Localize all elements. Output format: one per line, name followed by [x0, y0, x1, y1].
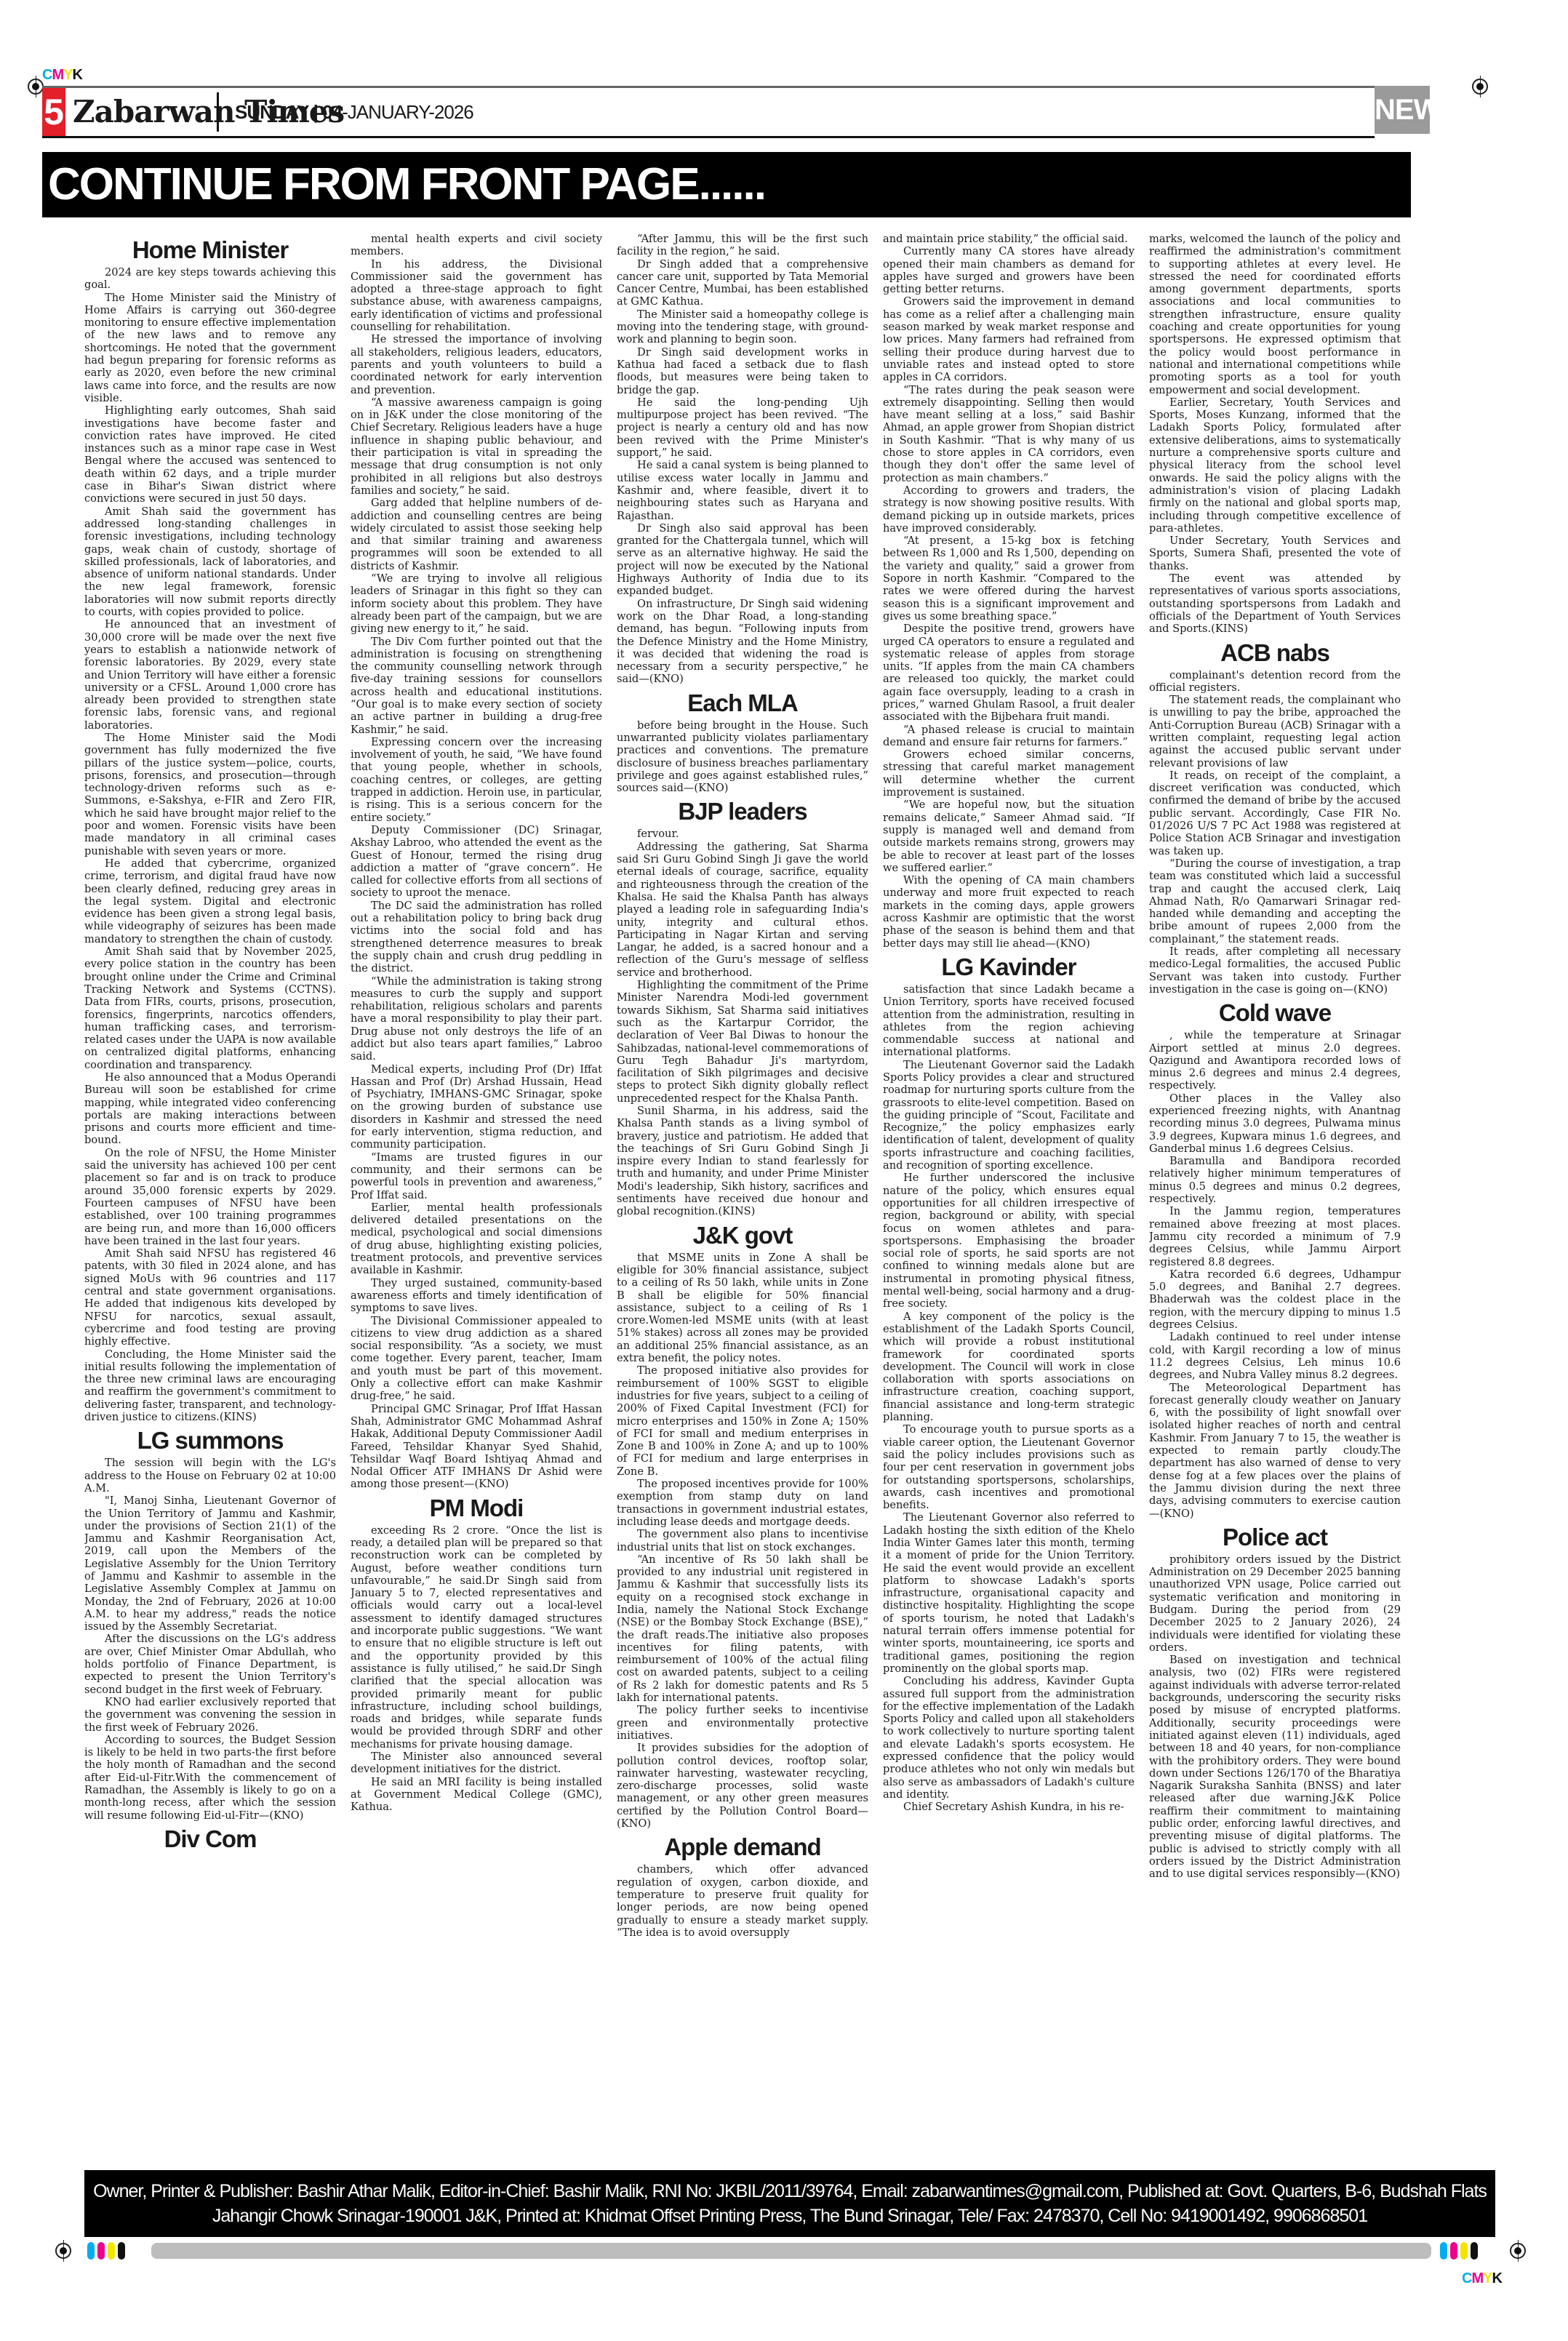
article-paragraph: Growers said the improvement in demand h… [883, 295, 1135, 383]
registration-mark-icon [28, 79, 44, 95]
article-paragraph: Earlier, Secretary, Youth Services and S… [1149, 396, 1401, 535]
imprint-line-2: Jahangir Chowk Srinagar-190001 J&K, Prin… [84, 2204, 1495, 2228]
article-paragraph: “During the course of investigation, a t… [1149, 857, 1401, 945]
article-paragraph: Growers echoed similar concerns, stressi… [883, 748, 1135, 799]
article-paragraph: He further underscored the inclusive nat… [883, 1172, 1135, 1310]
article-paragraph: According to sources, the Budget Session… [84, 1734, 336, 1822]
article-paragraph: Principal GMC Srinagar, Prof Iffat Hassa… [351, 1403, 602, 1491]
article-paragraph: Dr Singh said development works in Kathu… [617, 346, 868, 396]
article-paragraph: Baramulla and Bandipora recorded relativ… [1149, 1155, 1401, 1205]
masthead: 5 Zabarwan Times SUNDAY | 04-JANUARY-202… [42, 86, 1375, 138]
article-paragraph: fervour. [617, 828, 868, 840]
article-columns: Home Minister2024 are key steps towards … [84, 233, 1415, 2142]
article-paragraph: The policy further seeks to incentivise … [617, 1704, 868, 1742]
article-headline: Div Com [84, 1825, 336, 1854]
article-paragraph: Other places in the Valley also experien… [1149, 1092, 1401, 1155]
dateline: SUNDAY | 04-JANUARY-2026 [235, 101, 473, 124]
article-paragraph: “We are trying to involve all religious … [351, 572, 602, 635]
article-paragraph: Amit Shah said that by November 2025, ev… [84, 945, 336, 1071]
article-paragraph: The event was attended by representative… [1149, 572, 1401, 635]
article-paragraph: He also announced that a Modus Operandi … [84, 1071, 336, 1147]
article-paragraph: He stressed the importance of involving … [351, 333, 602, 396]
article-paragraph: It reads, after completing all necessary… [1149, 945, 1401, 996]
article-paragraph: “A phased release is crucial to maintain… [883, 724, 1135, 749]
article-paragraph: After the discussions on the LG's addres… [84, 1633, 336, 1695]
article-headline: Cold wave [1149, 999, 1401, 1028]
article-paragraph: In his address, the Divisional Commissio… [351, 258, 602, 334]
article-paragraph: The Minister also announced several deve… [351, 1750, 602, 1776]
article-paragraph: that MSME units in Zone A shall be eligi… [617, 1252, 868, 1365]
article-paragraph: The proposed initiative also provides fo… [617, 1364, 868, 1478]
article-headline: PM Modi [351, 1494, 602, 1523]
article-paragraph: The session will begin with the LG's add… [84, 1457, 336, 1494]
article-paragraph: He said a canal system is being planned … [617, 459, 868, 521]
article-headline: BJP leaders [617, 797, 868, 826]
cyan-swatch [1440, 2242, 1447, 2260]
banner-title: CONTINUE FROM FRONT PAGE...... [48, 156, 765, 213]
article-paragraph: The statement reads, the complainant who… [1149, 694, 1401, 769]
article-paragraph: Katra recorded 6.6 degrees, Udhampur 5.0… [1149, 1268, 1401, 1331]
article-paragraph: “At present, a 15-kg box is fetching bet… [883, 535, 1135, 623]
article-paragraph: He said an MRI facility is being install… [351, 1776, 602, 1814]
article-paragraph: The Minister said a homeopathy college i… [617, 308, 868, 346]
article-paragraph: and maintain price stability,” the offic… [883, 233, 1135, 245]
article-paragraph: Deputy Commissioner (DC) Srinagar, Aksha… [351, 824, 602, 900]
article-paragraph: Chief Secretary Ashish Kundra, in his re… [883, 1801, 1135, 1813]
article-paragraph: “An incentive of Rs 50 lakh shall be pro… [617, 1553, 868, 1705]
article-paragraph: “While the administration is taking stro… [351, 975, 602, 1063]
article-headline: ACB nabs [1149, 639, 1401, 668]
registration-mark-icon [55, 2243, 71, 2259]
article-paragraph: mental health experts and civil society … [351, 233, 602, 258]
column-2: mental health experts and civil society … [351, 233, 602, 2142]
article-paragraph: Ladakh continued to reel under intense c… [1149, 1331, 1401, 1381]
section-tag: NEWS [1375, 86, 1430, 134]
article-paragraph: satisfaction that since Ladakh became a … [883, 983, 1135, 1059]
article-paragraph: Highlighting the commitment of the Prime… [617, 979, 868, 1105]
imprint-footer: Owner, Printer & Publisher: Bashir Athar… [84, 2170, 1495, 2237]
article-paragraph: Sunil Sharma, in his address, said the K… [617, 1105, 868, 1218]
imprint-line-1: Owner, Printer & Publisher: Bashir Athar… [84, 2179, 1495, 2204]
article-paragraph: Garg added that helpline numbers of de-a… [351, 497, 602, 572]
article-paragraph: With the opening of CA main chambers und… [883, 874, 1135, 950]
article-paragraph: He announced that an investment of 30,00… [84, 618, 336, 732]
article-paragraph: The DC said the administration has rolle… [351, 900, 602, 975]
article-paragraph: 2024 are key steps towards achieving thi… [84, 266, 336, 292]
article-paragraph: , while the temperature at Srinagar Airp… [1149, 1029, 1401, 1092]
article-paragraph: He said the long-pending Ujh multipurpos… [617, 396, 868, 459]
registration-mark-icon [1510, 2243, 1526, 2259]
article-paragraph: Based on investigation and technical ana… [1149, 1654, 1401, 1880]
article-paragraph: Under Secretary, Youth Services and Spor… [1149, 535, 1401, 572]
article-paragraph: exceeding Rs 2 crore. “Once the list is … [351, 1524, 602, 1750]
article-paragraph: "I, Manoj Sinha, Lieutenant Governor of … [84, 1494, 336, 1633]
article-paragraph: The Home Minister said the Modi governme… [84, 732, 336, 857]
article-paragraph: Amit Shah said NFSU has registered 46 pa… [84, 1247, 336, 1348]
page-number: 5 [42, 88, 65, 136]
article-paragraph: In the Jammu region, temperatures remain… [1149, 1205, 1401, 1268]
black-swatch [1471, 2242, 1478, 2260]
article-paragraph: Despite the positive trend, growers have… [883, 623, 1135, 723]
page-banner: CONTINUE FROM FRONT PAGE...... [42, 152, 1411, 217]
registration-mark-icon [1472, 79, 1488, 95]
cmyk-label-bottom: CMYK [1462, 2270, 1502, 2287]
article-paragraph: “Imams are trusted figures in our commun… [351, 1151, 602, 1201]
article-paragraph: Addressing the gathering, Sat Sharma sai… [617, 841, 868, 979]
article-paragraph: “After Jammu, this will be the first suc… [617, 233, 868, 258]
article-paragraph: The Home Minister said the Ministry of H… [84, 292, 336, 405]
article-paragraph: “A massive awareness campaign is going o… [351, 396, 602, 497]
article-paragraph: Concluding, the Home Minister said the i… [84, 1348, 336, 1424]
article-paragraph: marks, welcomed the launch of the policy… [1149, 233, 1401, 396]
gray-color-bar [151, 2243, 1431, 2259]
cyan-swatch [87, 2242, 95, 2260]
article-paragraph: To encourage youth to pursue sports as a… [883, 1423, 1135, 1511]
article-headline: LG summons [84, 1426, 336, 1455]
article-paragraph: It provides subsidies for the adoption o… [617, 1742, 868, 1830]
article-paragraph: complainant's detention record from the … [1149, 669, 1401, 695]
article-paragraph: He added that cybercrime, organized crim… [84, 857, 336, 945]
article-paragraph: It reads, on receipt of the complaint, a… [1149, 769, 1401, 857]
yellow-swatch [1460, 2242, 1468, 2260]
article-headline: Apple demand [617, 1833, 868, 1862]
article-paragraph: “We are hopeful now, but the situation r… [883, 799, 1135, 874]
article-paragraph: Currently many CA stores have already op… [883, 245, 1135, 295]
article-paragraph: before being brought in the House. Such … [617, 719, 868, 795]
article-paragraph: Earlier, mental health professionals del… [351, 1201, 602, 1277]
masthead-divider [217, 92, 219, 132]
article-paragraph: KNO had earlier exclusively reported tha… [84, 1696, 336, 1734]
yellow-swatch [108, 2242, 115, 2260]
article-paragraph: The Meteorological Department has foreca… [1149, 1382, 1401, 1520]
cmyk-label-top: CMYK [42, 67, 82, 84]
column-5: marks, welcomed the launch of the policy… [1149, 233, 1401, 2142]
article-paragraph: Dr Singh also said approval has been gra… [617, 522, 868, 598]
article-paragraph: Medical experts, including Prof (Dr) Iff… [351, 1063, 602, 1151]
article-paragraph: Highlighting early outcomes, Shah said i… [84, 404, 336, 505]
article-headline: Home Minister [84, 236, 336, 265]
black-swatch [118, 2242, 125, 2260]
article-paragraph: “The rates during the peak season were e… [883, 384, 1135, 484]
article-paragraph: The Lieutenant Governor said the Ladakh … [883, 1059, 1135, 1172]
article-paragraph: The government also plans to incentivise… [617, 1528, 868, 1553]
article-paragraph: Amit Shah said the government has addres… [84, 505, 336, 619]
article-paragraph: On infrastructure, Dr Singh said widenin… [617, 598, 868, 686]
magenta-swatch [97, 2242, 105, 2260]
article-headline: J&K govt [617, 1221, 868, 1250]
article-paragraph: Expressing concern over the increasing i… [351, 736, 602, 824]
article-headline: Police act [1149, 1523, 1401, 1552]
article-paragraph: The Lieutenant Governor also referred to… [883, 1511, 1135, 1675]
column-3: “After Jammu, this will be the first suc… [617, 233, 868, 2142]
article-headline: Each MLA [617, 689, 868, 718]
article-paragraph: chambers, which offer advanced regulatio… [617, 1863, 868, 1939]
article-paragraph: According to growers and traders, the st… [883, 484, 1135, 535]
article-paragraph: prohibitory orders issued by the Distric… [1149, 1553, 1401, 1654]
article-paragraph: Concluding his address, Kavinder Gupta a… [883, 1675, 1135, 1801]
column-4: and maintain price stability,” the offic… [883, 233, 1135, 2142]
article-paragraph: On the role of NFSU, the Home Minister s… [84, 1147, 336, 1247]
article-headline: LG Kavinder [883, 953, 1135, 982]
article-paragraph: They urged sustained, community-based aw… [351, 1277, 602, 1315]
column-1: Home Minister2024 are key steps towards … [84, 233, 336, 2142]
article-paragraph: The Div Com further pointed out that the… [351, 636, 602, 736]
article-paragraph: A key component of the policy is the est… [883, 1310, 1135, 1424]
article-paragraph: The proposed incentives provide for 100%… [617, 1478, 868, 1528]
article-paragraph: Dr Singh added that a comprehensive canc… [617, 258, 868, 308]
article-paragraph: The Divisional Commissioner appealed to … [351, 1315, 602, 1403]
magenta-swatch [1450, 2242, 1457, 2260]
